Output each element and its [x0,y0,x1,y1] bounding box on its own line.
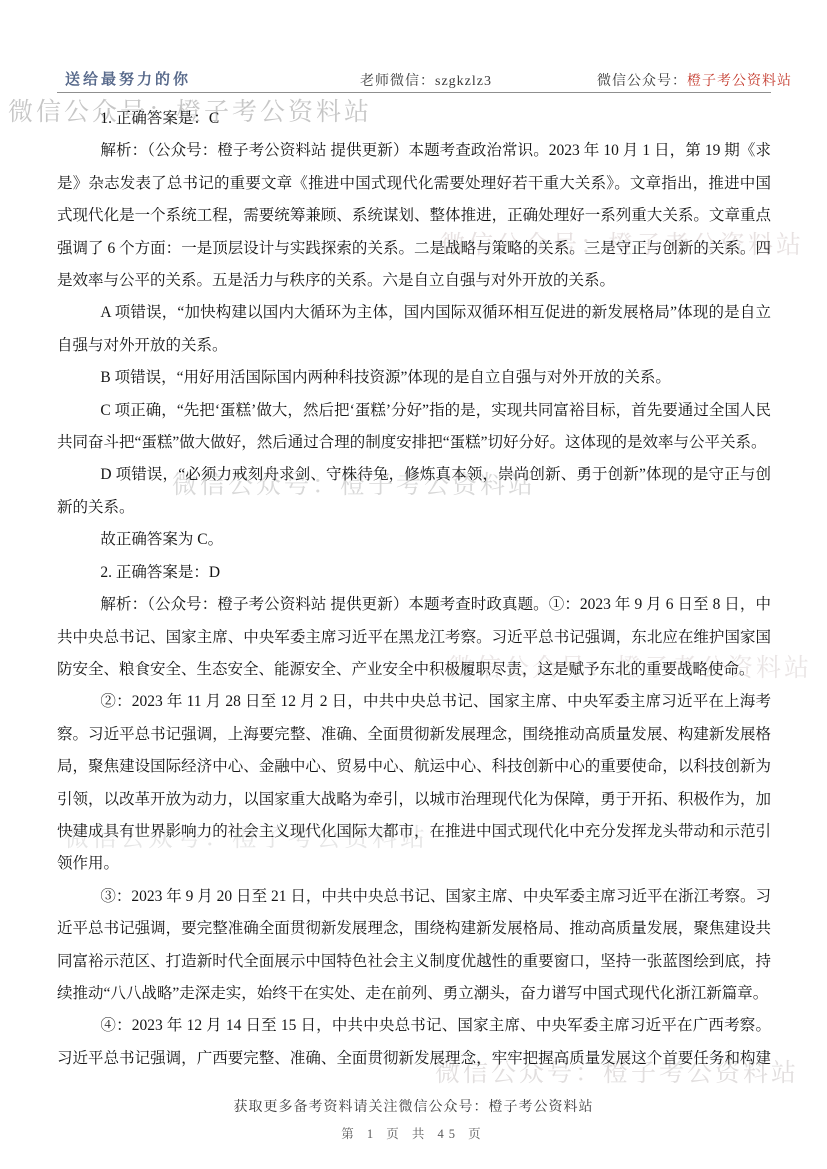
paragraph: ②：2023 年 11 月 28 日至 12 月 2 日，中共中央总书记、国家主… [57,686,771,880]
header-official-account-name: 橙子考公资料站 [687,74,792,89]
paragraph: 故正确答案为 C。 [57,524,771,556]
paragraph: D 项错误，“必须力戒刻舟求剑、守株待兔，修炼真本领，崇尚创新、勇于创新”体现的… [57,459,771,524]
paragraph: 解析：（公众号：橙子考公资料站 提供更新）本题考查政治常识。2023 年 10 … [57,135,771,297]
paragraph: ③：2023 年 9 月 20 日至 21 日，中共中央总书记、国家主席、中央军… [57,881,771,1011]
header-teacher-wechat: 老师微信：szgkzlz3 [360,70,492,90]
header-divider [57,92,771,93]
header-motto: 送给最努力的你 [65,68,191,89]
paragraph: B 项错误，“用好用活国际国内两种科技资源”体现的是自立自强与对外开放的关系。 [57,362,771,394]
document-page: 送给最努力的你 老师微信：szgkzlz3 微信公众号：橙子考公资料站 微信公众… [0,0,827,1169]
footer-note: 获取更多备考资料请关注微信公众号：橙子考公资料站 [0,1096,827,1116]
paragraph: C 项正确，“先把‘蛋糕’做大，然后把‘蛋糕’分好”指的是，实现共同富裕目标，首… [57,395,771,460]
document-body: 1. 正确答案是：C解析：（公众号：橙子考公资料站 提供更新）本题考查政治常识。… [57,103,771,1077]
header-official-account: 微信公众号：橙子考公资料站 [597,70,792,90]
header-official-account-label: 微信公众号： [597,74,687,89]
paragraph: ④：2023 年 12 月 14 日至 15 日，中共中央总书记、国家主席、中央… [57,1010,771,1077]
paragraph: 解析：（公众号：橙子考公资料站 提供更新）本题考查时政真题。①：2023 年 9… [57,589,771,686]
paragraph: 2. 正确答案是：D [57,557,771,589]
paragraph: 1. 正确答案是：C [57,103,771,135]
paragraph: A 项错误，“加快构建以国内大循环为主体，国内国际双循环相互促进的新发展格局”体… [57,297,771,362]
page-indicator: 第 1 页 共 45 页 [0,1124,827,1142]
page-header: 送给最努力的你 老师微信：szgkzlz3 微信公众号：橙子考公资料站 [57,66,770,93]
